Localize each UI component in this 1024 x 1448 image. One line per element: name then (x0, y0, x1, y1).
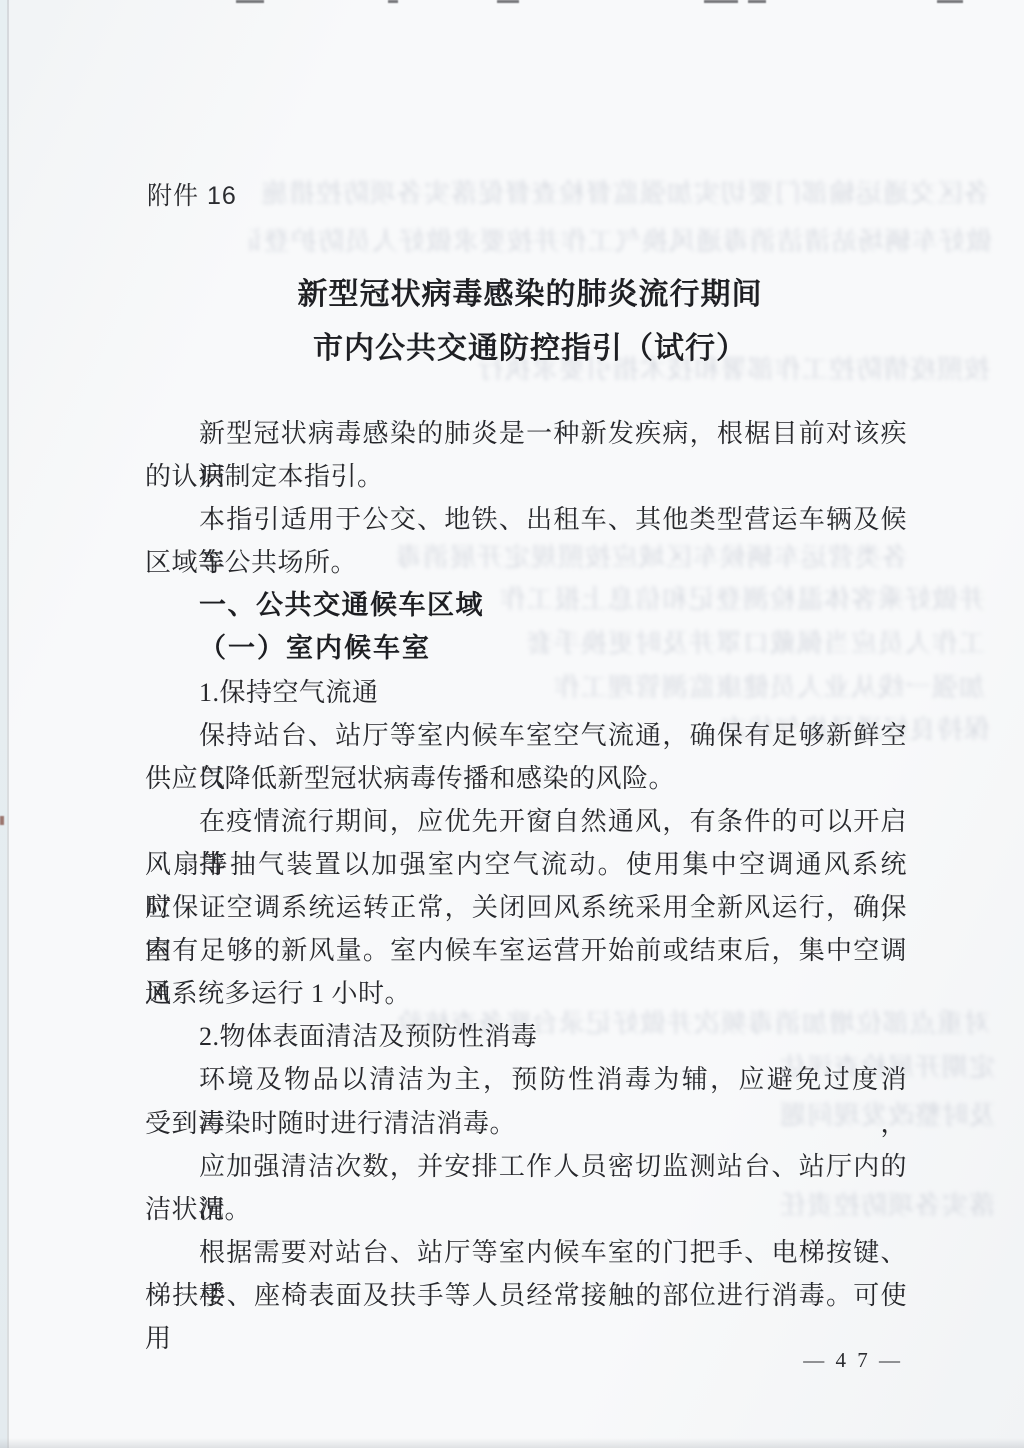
scan-edge-bottom (0, 1438, 1024, 1448)
scan-edge-left (0, 0, 7, 1448)
body-line: 风扇等抽气装置以加强室内空气流动。使用集中空调通风系统时， (145, 843, 907, 886)
body-line: 应保证空调系统运转正常，关闭回风系统采用全新风运行，确保室 (145, 886, 907, 929)
scan-artifact-dash (388, 0, 398, 3)
doc-title: 新型冠状病毒感染的肺炎流行期间 市内公共交通防控指引（试行） (145, 268, 915, 376)
body-line: 区域等公共场所。 (145, 541, 907, 584)
annex-label: 附件 16 (147, 176, 237, 212)
section-heading: 一、公共交通候车区域 (145, 584, 907, 627)
doc-title-line-1: 新型冠状病毒感染的肺炎流行期间 (145, 268, 915, 322)
body-line: 应加强清洁次数，并安排工作人员密切监测站台、站厅内的清 (145, 1145, 907, 1188)
scan-edge-line (7, 0, 9, 1448)
scan-artifact-dash (497, 0, 519, 3)
scan-artifact-dash (704, 0, 738, 3)
body-line: 风系统多运行 1 小时。 (145, 972, 907, 1015)
bleedthrough-line: 做好车辆场站清洁消毒通风换气工作并按要求做好人员防护登记 (250, 224, 992, 260)
scanned-document-page: 各区交通运输部门要切实加强监督检查督促落实各项防控措施要求 做好车辆场站清洁消毒… (0, 0, 1024, 1448)
doc-title-line-2: 市内公共交通防控指引（试行） (145, 322, 915, 376)
scan-artifact-dash (748, 0, 766, 3)
body-line: 梯扶手、座椅表面及扶手等人员经常接触的部位进行消毒。可使用 (145, 1274, 907, 1317)
body-line: 根据需要对站台、站厅等室内候车室的门把手、电梯按键、楼 (145, 1231, 907, 1274)
body-line: 保持站台、站厅等室内候车室空气流通，确保有足够新鲜空气 (145, 714, 907, 757)
item-heading: 2.物体表面清洁及预防性消毒 (145, 1015, 907, 1058)
body-line: 内有足够的新风量。室内候车室运营开始前或结束后，集中空调通 (145, 929, 907, 972)
body-line: 环境及物品以清洁为主，预防性消毒为辅，应避免过度消毒， (145, 1058, 907, 1101)
body-line: 本指引适用于公交、地铁、出租车、其他类型营运车辆及候车 (145, 498, 907, 541)
scan-artifact-dash (236, 0, 264, 3)
body-line: 在疫情流行期间，应优先开窗自然通风，有条件的可以开启排 (145, 800, 907, 843)
item-heading: 1.保持空气流通 (145, 671, 907, 714)
body-line: 新型冠状病毒感染的肺炎是一种新发疾病，根椐目前对该疾病 (145, 412, 907, 455)
doc-body: 新型冠状病毒感染的肺炎是一种新发疾病，根椐目前对该疾病 的认识制定本指引。 本指… (145, 412, 907, 1317)
scan-artifact-speck (0, 816, 4, 825)
page-number: — 4 7 — (803, 1348, 903, 1373)
subsection-heading: （一）室内候车室 (145, 627, 907, 670)
bleedthrough-line: 各区交通运输部门要切实加强监督检查督促落实各项防控措施要求 (262, 176, 990, 212)
body-line: 的认识制定本指引。 (145, 455, 907, 498)
body-line: 供应以降低新型冠状病毒传播和感染的风险。 (145, 757, 907, 800)
scan-artifact-dash (937, 0, 963, 3)
body-line: 洁状况。 (145, 1188, 907, 1231)
